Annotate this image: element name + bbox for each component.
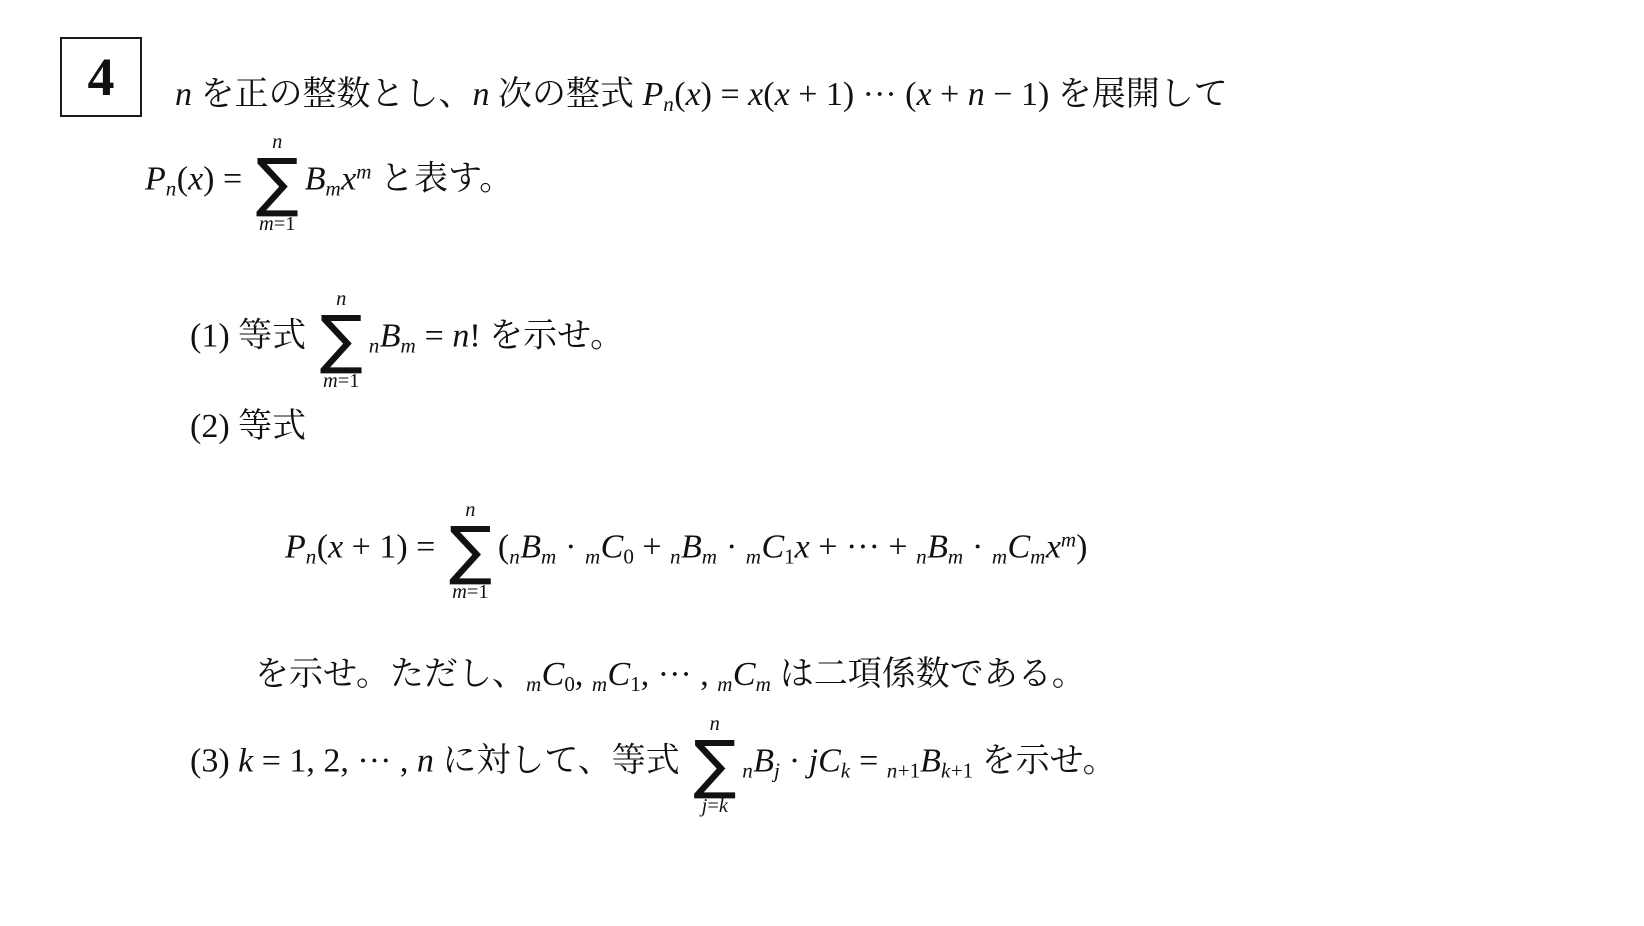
math-upright: ( (177, 161, 188, 198)
math-italic: x (775, 76, 790, 113)
math-subscript: m (992, 545, 1008, 569)
math-italic: C (818, 743, 841, 780)
math-italic: x (341, 161, 356, 198)
math-upright: , ··· , (641, 656, 717, 693)
summation-operator: n∑j=k (693, 713, 736, 819)
math-subscript: m (1030, 545, 1046, 569)
math-subscript: n (887, 759, 898, 783)
math-subscript: 0 (564, 672, 575, 696)
math-subscript: n (166, 177, 177, 201)
math-upright: ( (674, 76, 685, 113)
text-run: を展開して (1058, 76, 1228, 113)
math-italic: n (417, 743, 434, 780)
math-subscript: 1 (630, 672, 641, 696)
math-upright: =1 (338, 370, 360, 392)
math-subscript: k (941, 759, 951, 783)
math-upright: = (416, 318, 452, 355)
math-subscript: 0 (623, 545, 634, 569)
intro-line-2: Pn(x) = n∑m=1Bmxm と表す。 (145, 129, 513, 235)
summation-operator: n∑m=1 (320, 288, 363, 394)
math-italic: B (520, 529, 541, 566)
math-italic: x (795, 529, 810, 566)
math-italic: C (542, 656, 565, 693)
math-italic: C (733, 656, 756, 693)
math-upright: =1 (274, 213, 296, 235)
math-upright: ) = (203, 161, 251, 198)
math-italic: B (380, 318, 401, 355)
math-subscript: 1 (784, 545, 795, 569)
math-subscript: m (541, 545, 557, 569)
math-italic: x (748, 76, 763, 113)
math-italic: m (323, 370, 338, 392)
math-upright: · (557, 529, 585, 566)
math-italic: k (238, 743, 253, 780)
math-subscript: n (916, 545, 927, 569)
text-run: 等式 (238, 408, 306, 445)
text-run: を正の整数とし、 (192, 76, 473, 113)
math-subscript: m (592, 672, 608, 696)
document-page: 4 n を正の整数とし、n 次の整式 Pn(x) = x(x + 1) ··· … (0, 0, 1644, 926)
math-italic: k (719, 795, 728, 817)
math-upright: (2) (190, 408, 238, 445)
math-upright: (3) (190, 743, 238, 780)
math-italic: B (305, 161, 326, 198)
math-italic: C (1007, 529, 1030, 566)
math-italic: x (1046, 529, 1061, 566)
math-upright: · (964, 529, 992, 566)
math-italic: m (259, 213, 274, 235)
math-upright: ) = (701, 76, 749, 113)
math-upright: + ··· + (810, 529, 916, 566)
math-upright: + 1) = (343, 529, 444, 566)
math-italic: C (761, 529, 784, 566)
math-upright: = 1, 2, ··· , (253, 743, 417, 780)
math-subscript: k (841, 759, 851, 783)
math-subscript: n (742, 759, 753, 783)
math-italic: B (927, 529, 948, 566)
intro-line-1: n を正の整数とし、n 次の整式 Pn(x) = x(x + 1) ··· (x… (175, 72, 1228, 118)
math-italic: x (916, 76, 931, 113)
text-run: を示せ。 (489, 318, 624, 355)
text-run: 次の整式 (490, 76, 643, 113)
math-upright: − 1) (985, 76, 1058, 113)
math-italic: P (643, 76, 664, 113)
math-italic: n (452, 318, 469, 355)
math-subscript: m (585, 545, 601, 569)
math-italic: n (473, 76, 490, 113)
math-subscript: m (400, 334, 416, 358)
math-superscript: m (356, 160, 371, 184)
sigma-icon: ∑ (449, 522, 492, 581)
math-superscript: m (1061, 528, 1076, 552)
math-upright: = (707, 795, 719, 817)
sum-lower-limit: m=1 (259, 213, 295, 236)
math-subscript: n (509, 545, 520, 569)
math-subscript: m (756, 672, 772, 696)
item-3-line: (3) k = 1, 2, ··· , n に対して、等式 n∑j=knBj ·… (190, 711, 1117, 817)
text-run: 等式 (238, 318, 315, 355)
math-italic: n (175, 76, 192, 113)
math-subscript: n (670, 545, 681, 569)
item-2-label: (2) 等式 (190, 404, 306, 450)
text-run: を示せ。ただし、 (255, 656, 526, 693)
math-upright: + 1) ··· ( (790, 76, 917, 113)
math-subscript: n (369, 334, 380, 358)
math-upright: · (717, 529, 745, 566)
math-italic: P (285, 529, 306, 566)
math-upright: ( (763, 76, 774, 113)
problem-number-box: 4 (60, 37, 142, 117)
sigma-icon: ∑ (320, 311, 363, 370)
sum-lower-limit: m=1 (452, 581, 488, 604)
sum-lower-limit: j=k (702, 795, 728, 818)
item-2-note: を示せ。ただし、mC0, mC1, ··· , mCm は二項係数である。 (255, 652, 1086, 698)
math-upright: · (780, 743, 808, 780)
summation-operator: n∑m=1 (449, 499, 492, 605)
text-run: を示せ。 (973, 743, 1116, 780)
text-run: に対して、等式 (434, 743, 688, 780)
math-italic: C (608, 656, 631, 693)
sigma-icon: ∑ (693, 736, 736, 795)
math-subscript: m (746, 545, 762, 569)
math-subscript: n (306, 545, 317, 569)
text-run: と表す。 (372, 161, 514, 198)
math-upright: ! (469, 318, 489, 355)
text-run: は二項係数である。 (771, 656, 1086, 693)
math-italic: x (686, 76, 701, 113)
math-italic: m (452, 581, 467, 603)
math-upright: = (851, 743, 887, 780)
summation-operator: n∑m=1 (256, 131, 299, 237)
math-subscript: m (526, 672, 542, 696)
item-1-line: (1) 等式 n∑m=1nBm = n! を示せ。 (190, 286, 624, 392)
item-2-equation: Pn(x + 1) = n∑m=1(nBm · mC0 + nBm · mC1x… (285, 497, 1087, 603)
math-italic: B (681, 529, 702, 566)
math-subscript: m (326, 177, 342, 201)
math-italic: x (328, 529, 343, 566)
math-upright: (1) (190, 318, 238, 355)
math-italic: C (601, 529, 624, 566)
math-subscript: +1 (951, 759, 973, 783)
math-subscript: n (663, 92, 674, 116)
math-subscript: +1 (898, 759, 920, 783)
math-upright: , (575, 656, 592, 693)
math-italic: P (145, 161, 166, 198)
math-italic: B (920, 743, 941, 780)
math-italic: n (968, 76, 985, 113)
sum-lower-limit: m=1 (323, 370, 359, 393)
math-subscript: m (702, 545, 718, 569)
math-italic: B (753, 743, 774, 780)
math-italic: j (809, 743, 818, 780)
problem-number: 4 (88, 46, 115, 108)
math-subscript: m (948, 545, 964, 569)
math-upright: + (932, 76, 968, 113)
sigma-icon: ∑ (256, 154, 299, 213)
math-subscript: m (717, 672, 733, 696)
math-upright: =1 (467, 581, 489, 603)
math-upright: + (634, 529, 670, 566)
math-italic: x (188, 161, 203, 198)
math-upright: ( (317, 529, 328, 566)
math-upright: ) (1076, 529, 1087, 566)
math-upright: ( (498, 529, 509, 566)
